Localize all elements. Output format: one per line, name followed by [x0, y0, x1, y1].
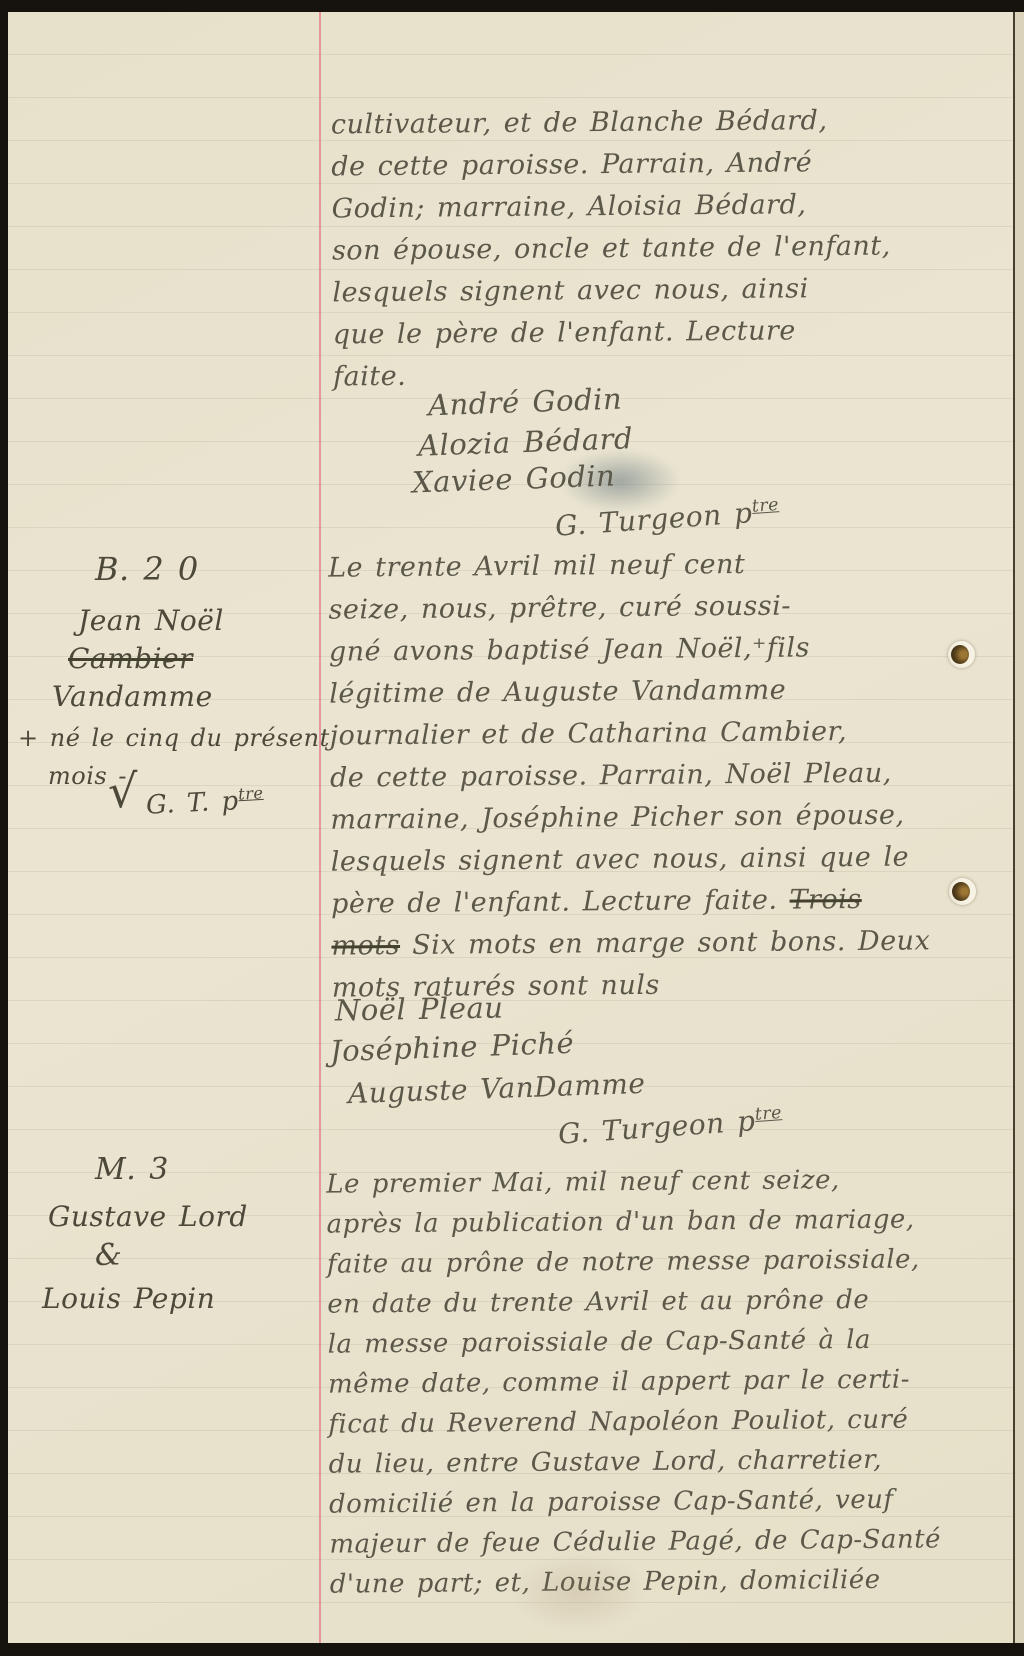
priest-initials: G. T.	[145, 787, 210, 820]
register-line: lesquels signent avec nous, ainsi	[332, 268, 891, 315]
signature-priest: G. Turgeon ptre	[557, 1102, 783, 1151]
register-line: journalier et de Catharina Cambier,	[329, 710, 928, 757]
register-line: Le premier Mai, mil neuf cent seize,	[326, 1159, 938, 1204]
priest-name: G. Turgeon	[554, 498, 723, 543]
margin-entry-code-m3: M. 3	[95, 1152, 169, 1187]
priest-title-abbr: ptre	[221, 785, 265, 817]
register-line: en date du trente Avril et au prône de	[327, 1279, 939, 1324]
struck-word: Trois	[789, 884, 861, 916]
register-line: gné avons baptisé Jean Noël,⁺fils	[329, 626, 928, 673]
margin-groom-name: Gustave Lord	[48, 1200, 248, 1233]
margin-birth-note: + né le cinq du présent	[18, 724, 330, 752]
binder-hole-center	[952, 882, 970, 901]
register-line: de cette paroisse. Parrain, Noël Pleau,	[330, 752, 929, 799]
margin-ampersand: &	[95, 1238, 122, 1273]
priest-abbr-base: p	[736, 1104, 757, 1138]
register-line: d'une part; et, Louise Pepin, domiciliée	[330, 1559, 942, 1604]
binder-hole-top	[948, 641, 975, 668]
priest-title-abbr: ptre	[736, 1102, 784, 1138]
register-line: majeur de feue Cédulie Pagé, de Cap-Sant…	[329, 1519, 941, 1564]
binder-hole-center	[951, 645, 969, 664]
register-line: lesquels signent avec nous, ainsi que le	[331, 836, 930, 883]
register-line: même date, comme il appert par le certi-	[328, 1359, 940, 1404]
priest-abbr-sup: tre	[754, 1103, 782, 1125]
register-line: mots Six mots en marge sont bons. Deux	[331, 920, 930, 967]
margin-bride-name: Louis Pepin	[42, 1282, 215, 1315]
register-line: marraine, Joséphine Picher son épouse,	[330, 794, 929, 841]
margin-rule-line	[319, 12, 321, 1643]
register-line: ficat du Reverend Napoléon Pouliot, curé	[328, 1399, 940, 1444]
margin-child-given-names: Jean Noël	[78, 604, 224, 637]
register-line: après la publication d'un ban de mariage…	[326, 1199, 938, 1244]
register-line: Le trente Avril mil neuf cent	[328, 542, 927, 589]
page-paper: cultivateur, et de Blanche Bédard, de ce…	[8, 12, 1013, 1643]
register-line: père de l'enfant. Lecture faite. Trois	[331, 878, 930, 925]
priest-abbr-sup: tre	[238, 783, 264, 803]
register-line: cultivateur, et de Blanche Bédard,	[331, 100, 890, 147]
margin-priest-initials: G. T. ptre	[145, 783, 264, 821]
margin-surname: Vandamme	[52, 680, 213, 713]
register-line: du lieu, entre Gustave Lord, charretier,	[329, 1439, 941, 1484]
margin-entry-code-b20: B. 2 0	[95, 550, 199, 588]
register-line: légitime de Auguste Vandamme	[329, 668, 928, 715]
register-line: Godin; marraine, Aloisia Bédard,	[331, 184, 890, 231]
struck-word: mots	[331, 930, 400, 962]
register-line: son épouse, oncle et tante de l'enfant,	[332, 226, 891, 273]
entry-continuation-body: cultivateur, et de Blanche Bédard, de ce…	[331, 100, 892, 399]
margin-struck-surname: Cambier	[68, 642, 193, 675]
line-text: Six mots en marge sont bons. Deux	[400, 925, 930, 961]
register-line: domicilié en la paroisse Cap-Santé, veuf	[329, 1479, 941, 1524]
signature-priest: G. Turgeon ptre	[554, 494, 780, 543]
check-mark: √	[108, 764, 138, 818]
priest-abbr-base: p	[221, 786, 240, 817]
line-text: père de l'enfant. Lecture faite.	[331, 885, 790, 920]
entry-b20-body: Le trente Avril mil neuf cent seize, nou…	[328, 542, 931, 1009]
priest-title-abbr: ptre	[733, 494, 781, 530]
signature-godparent: Alozia Bédard	[417, 421, 633, 462]
signature-godparent: Noël Pleau	[335, 991, 504, 1028]
adjacent-page-edge	[1013, 12, 1024, 1643]
register-line: la messe paroissiale de Cap-Santé à la	[327, 1319, 939, 1364]
register-line: faite au prône de notre messe paroissial…	[327, 1239, 939, 1284]
scanned-register-page: cultivateur, et de Blanche Bédard, de ce…	[0, 0, 1024, 1656]
priest-name: G. Turgeon	[557, 1106, 726, 1151]
register-line: seize, nous, prêtre, curé soussi-	[328, 584, 927, 631]
priest-abbr-sup: tre	[751, 495, 779, 517]
signature-godparent: Xaviee Godin	[411, 458, 615, 499]
priest-abbr-base: p	[733, 496, 754, 530]
signature-godparent: André Godin	[427, 382, 622, 423]
register-line: que le père de l'enfant. Lecture	[333, 310, 892, 357]
signature-father: Auguste VanDamme	[348, 1067, 646, 1110]
signature-godparent: Joséphine Piché	[329, 1026, 574, 1068]
binder-hole-bottom	[949, 878, 976, 905]
entry-m3-body: Le premier Mai, mil neuf cent seize, apr…	[326, 1159, 941, 1604]
register-line: de cette paroisse. Parrain, André	[331, 142, 890, 189]
